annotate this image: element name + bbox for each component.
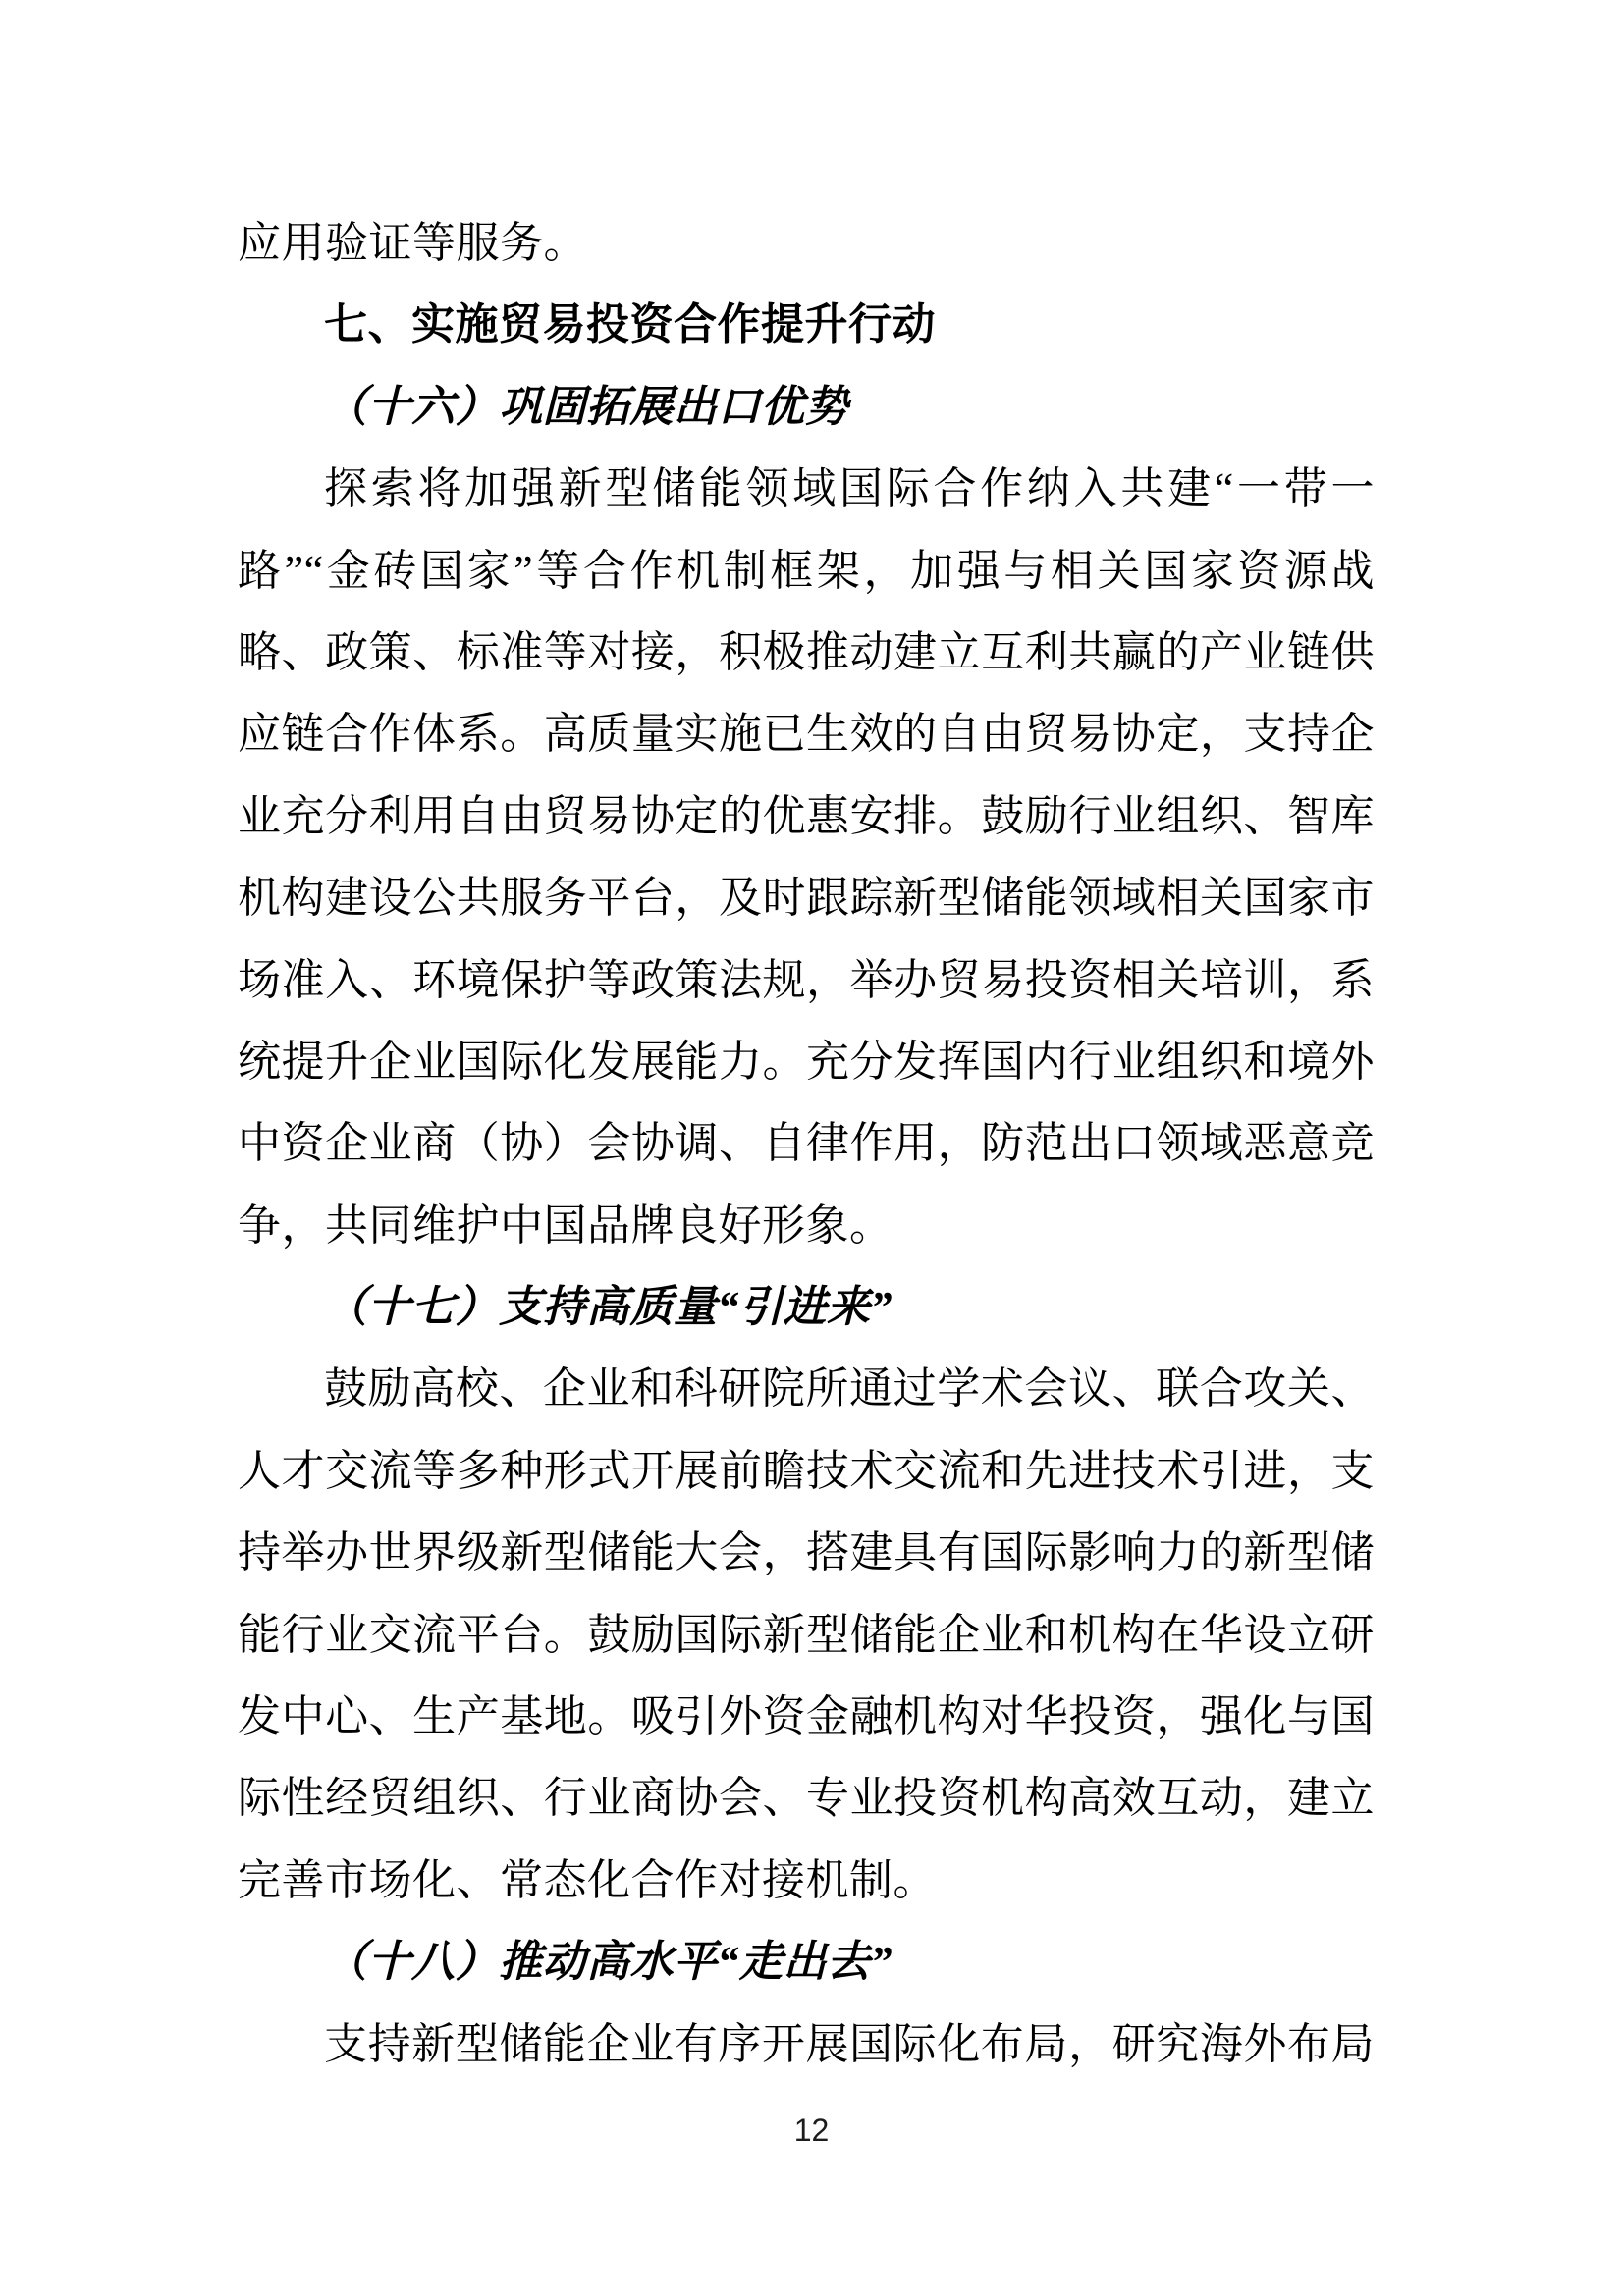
body-line: 场准入、环境保护等政策法规，举办贸易投资相关培训，系 (238, 939, 1375, 1021)
body-line: 际性经贸组织、行业商协会、专业投资机构高效互动，建立 (238, 1757, 1375, 1839)
body-line: 鼓励高校、企业和科研院所通过学术会议、联合攻关、 (238, 1348, 1375, 1429)
body-line: 路”“金砖国家”等合作机制框架，加强与相关国家资源战 (238, 530, 1375, 612)
page-number: 12 (794, 2112, 830, 2148)
body-line: 业充分利用自由贸易协定的优惠安排。鼓励行业组织、智库 (238, 775, 1375, 857)
body-line: 发中心、生产基地。吸引外资金融机构对华投资，强化与国 (238, 1676, 1375, 1757)
body-line: 能行业交流平台。鼓励国际新型储能企业和机构在华设立研 (238, 1594, 1375, 1676)
section-heading: 七、实施贸易投资合作提升行动 (238, 284, 1375, 365)
body-line: 支持新型储能企业有序开展国际化布局，研究海外布局 (238, 2003, 1375, 2085)
document-page: 应用验证等服务。七、实施贸易投资合作提升行动（十六）巩固拓展出口优势探索将加强新… (0, 0, 1623, 2296)
body-line: 持举办世界级新型储能大会，搭建具有国际影响力的新型储 (238, 1512, 1375, 1593)
document-body: 应用验证等服务。七、实施贸易投资合作提升行动（十六）巩固拓展出口优势探索将加强新… (238, 202, 1375, 2085)
body-line: 应用验证等服务。 (238, 202, 1375, 284)
body-line: 应链合作体系。高质量实施已生效的自由贸易协定，支持企 (238, 693, 1375, 774)
body-line: 争，共同维护中国品牌良好形象。 (238, 1185, 1375, 1266)
subsection-heading: （十八）推动高水平“走出去” (238, 1921, 1375, 2002)
body-line: 人才交流等多种形式开展前瞻技术交流和先进技术引进，支 (238, 1430, 1375, 1512)
subsection-heading: （十七）支持高质量“引进来” (238, 1266, 1375, 1348)
subsection-heading: （十六）巩固拓展出口优势 (238, 366, 1375, 448)
body-line: 略、政策、标准等对接，积极推动建立互利共赢的产业链供 (238, 612, 1375, 693)
body-line: 探索将加强新型储能领域国际合作纳入共建“一带一 (238, 448, 1375, 529)
body-line: 机构建设公共服务平台，及时跟踪新型储能领域相关国家市 (238, 857, 1375, 938)
body-line: 中资企业商（协）会协调、自律作用，防范出口领域恶意竞 (238, 1102, 1375, 1184)
body-line: 完善市场化、常态化合作对接机制。 (238, 1840, 1375, 1921)
body-line: 统提升企业国际化发展能力。充分发挥国内行业组织和境外 (238, 1021, 1375, 1102)
page-footer: 12 (0, 2112, 1623, 2149)
